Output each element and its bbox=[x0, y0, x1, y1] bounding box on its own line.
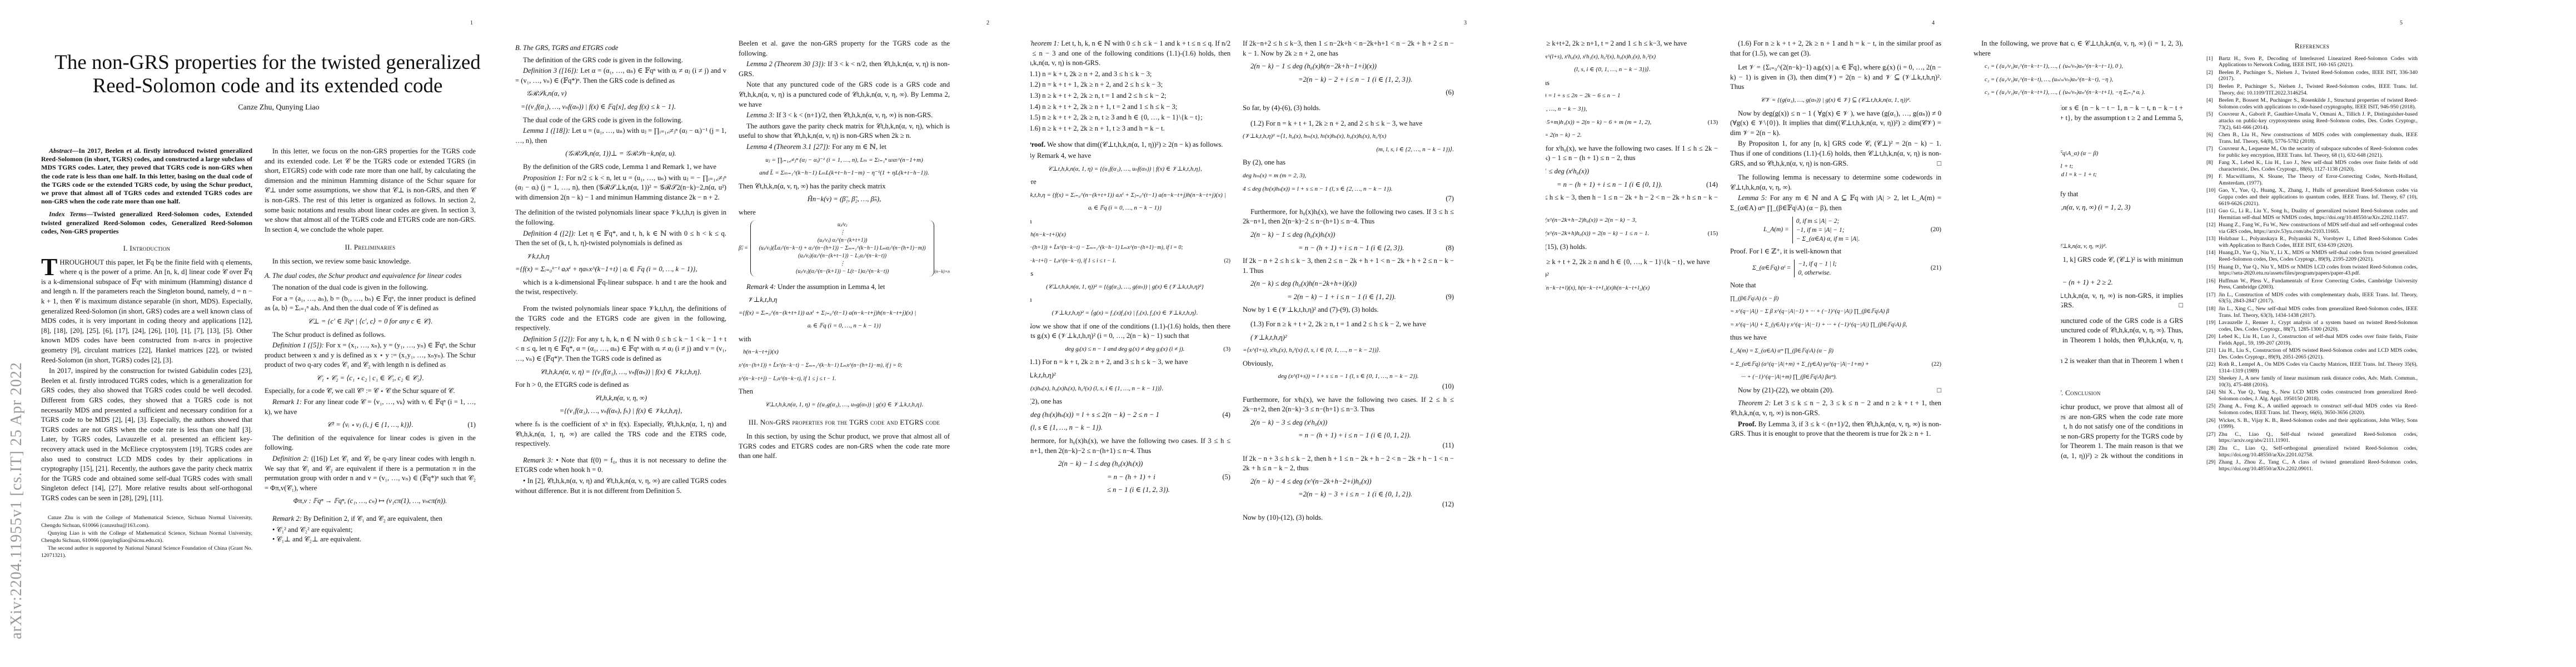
reference-item: [22]Roth R., Lempel A., On MDS Codes via… bbox=[2206, 361, 2418, 375]
paragraph: In this letter, we focus on the non-GRS … bbox=[265, 147, 476, 235]
drop-cap: T bbox=[41, 258, 59, 277]
page-1: 1 arXiv:2204.11955v1 [cs.IT] 25 Apr 2022… bbox=[0, 0, 515, 667]
condition: (1.6) n ≥ k + t + 2, 2k ≥ n + 1, t ≥ 3 a… bbox=[1030, 124, 1230, 134]
qed-symbol: □ bbox=[1929, 159, 1941, 169]
section-heading: III. Non-GRS properties for the TGRS cod… bbox=[739, 417, 950, 427]
equation-21: Σ_(α∈𝔽q) αˡ = −1, if q − 1 | l; 0, other… bbox=[1752, 260, 1941, 277]
subsection-heading: A. The dual codes, the Schur product and… bbox=[265, 271, 476, 281]
paper-strip: 1 arXiv:2204.11955v1 [cs.IT] 25 Apr 2022… bbox=[0, 0, 2576, 667]
section-heading: I. Introduction bbox=[41, 243, 252, 253]
reference-item: [13]Holzbaur L., Polyanskaya R., Polyans… bbox=[2206, 236, 2418, 249]
references-heading: References bbox=[2206, 41, 2418, 51]
reference-item: [6]Chen B., Liu H., New constructions of… bbox=[2206, 132, 2418, 145]
column-left: B. The GRS, TGRS and ETGRS code The defi… bbox=[515, 39, 726, 497]
column-right: If 2k−n+2 ≤ h ≤ k−3, then 1 ≤ n−2k+h < n… bbox=[1243, 39, 1454, 524]
equation: (𝒢ℛ𝒮k,n(α, 1))⊥ = 𝒢ℛ𝒮n−k,n(α, u). bbox=[515, 149, 726, 159]
reference-item: [11]Guo G., Li R., Liu Y., Song h., Dual… bbox=[2206, 208, 2418, 221]
reference-item: [26]Wicker, S. B., Vijay K. B., Reed-Sol… bbox=[2206, 417, 2418, 431]
reference-item: [29]Zhang J., Zhou Z., Tang C., A class … bbox=[2206, 459, 2418, 472]
paragraph: In this section, we review some basic kn… bbox=[265, 257, 476, 267]
condition: (1.1) n = k + t, 2k ≥ n + 2, and 3 ≤ h ≤… bbox=[1030, 69, 1230, 79]
page-number: 1 bbox=[470, 20, 473, 26]
reference-item: [24]Shi X., Yue Q., Yang S., New LCD MDS… bbox=[2206, 389, 2418, 402]
reference-item: [1]Bartz H., Sven P., Decoding of Interl… bbox=[2206, 56, 2418, 69]
reference-item: [28]Zhu C., Liao Q., Self-orthogonal gen… bbox=[2206, 445, 2418, 459]
paper-authors: Canze Zhu, Qunying Liao bbox=[42, 103, 515, 112]
column-left: Abstract—In 2017, Beelen et al. firstly … bbox=[41, 147, 252, 560]
arxiv-stamp: arXiv:2204.11955v1 [cs.IT] 25 Apr 2022 bbox=[8, 362, 26, 639]
page-number: 5 bbox=[2400, 20, 2403, 26]
reference-item: [3]Beelen P., Puchinger S., Nielsen J., … bbox=[2206, 83, 2418, 97]
condition: (1.5) n ≥ k + t + 2, 2k ≥ n, t ≥ 3 and h… bbox=[1030, 113, 1230, 123]
reference-item: [2]Beelen P., Puchinger S., Nielsen J., … bbox=[2206, 69, 2418, 83]
reference-item: [18]Jin L., Xing C., New self-dual MDS c… bbox=[2206, 306, 2418, 319]
reference-item: [20]Lebed K., Liu H., Luo J., Constructi… bbox=[2206, 333, 2418, 347]
bullet-item: • 𝒞₁² and 𝒞₂² are equivalent; bbox=[265, 525, 476, 535]
cases-equation: = 1, if s = n − k − t and l = k − 1 + t;… bbox=[2061, 162, 2183, 187]
paper-title: The non-GRS properties for the twisted g… bbox=[0, 51, 515, 98]
reference-item: [9]F. Macwilliams, N. Sloane, The Theory… bbox=[2206, 173, 2418, 187]
subsection-heading: B. The GRS, TGRS and ETGRS code bbox=[515, 43, 726, 53]
reference-item: [17]Jin L., Construction of MDS codes wi… bbox=[2206, 292, 2418, 305]
reference-item: [5]Couvreur A., Gaborit P., Gauthier-Uma… bbox=[2206, 111, 2418, 131]
column-right: In the following, we prove that cᵢ ∈ 𝒞⊥t… bbox=[1974, 39, 2061, 101]
reference-item: [19]Lavauzelle J., Renner J., Crypt anal… bbox=[2206, 320, 2418, 333]
parity-matrix: β̃ⱼ = uⱼ/vⱼ ⋮ (uⱼ/vⱼ) αⱼ^(n−(k+t+1)) (uⱼ… bbox=[739, 220, 950, 277]
paragraph: THROUGHOUT this paper, let 𝔽q be the fin… bbox=[41, 258, 252, 366]
paragraph: In 2017, inspired by the construction fo… bbox=[41, 366, 252, 503]
reference-item: [8]Fang X., Lebed K., Liu H., Luo J., Ne… bbox=[2206, 160, 2418, 173]
column-left: Theorem 1: Let t, h, k, n ∈ ℕ with 0 ≤ h… bbox=[1030, 39, 1230, 524]
section-heading: II. Preliminaries bbox=[265, 242, 476, 252]
reference-item: [27]Zhu C., Liao Q., Self-dual twisted g… bbox=[2206, 431, 2418, 445]
equation: 𝒞² = ⟨vᵢ ⋆ vⱼ (i, j ∈ {1, …, k})⟩.(1) bbox=[265, 420, 476, 430]
page-4: 4 (1.4) For n ≥ k+t+2, 2k ≥ n+1, t = 2 a… bbox=[1546, 0, 2061, 667]
column-middle: (1.6) For n ≥ k + t + 2, 2k ≥ n + 1 and … bbox=[1730, 39, 1941, 440]
equation: 𝒞t,h,k,n(α, v, η) = {(v₁f(α₁), …, vₙf(αₙ… bbox=[515, 367, 726, 377]
condition: (1.4) n ≥ k + t + 2, 2k ≥ n + 1, t = 2 a… bbox=[1030, 102, 1230, 112]
reference-item: [21]Liu H., Liu S., Construction of MDS … bbox=[2206, 347, 2418, 361]
page-number: 2 bbox=[986, 20, 989, 26]
conclusion: In this letter, by using the Schur produ… bbox=[2061, 402, 2183, 471]
page-3: 3 Theorem 1: Let t, h, k, n ∈ ℕ with 0 ≤… bbox=[1030, 0, 1546, 667]
column-right: In this letter, we focus on the non-GRS … bbox=[265, 147, 476, 560]
footnotes: Canze Zhu is with the College of Mathema… bbox=[41, 514, 252, 560]
equation-number: (1) bbox=[467, 420, 476, 430]
equation: Φπ,v : 𝔽qⁿ → 𝔽qⁿ, (c₁, …, cₙ) ↦ (v₁cπ(1)… bbox=[265, 496, 476, 506]
page-number: 4 bbox=[1932, 20, 1935, 26]
equation-20: L_A(m) = 0, if m ≤ |A| − 2; −1, if m = |… bbox=[1763, 217, 1941, 243]
references-list: [1]Bartz H., Sven P., Decoding of Interl… bbox=[2206, 56, 2418, 472]
reference-item: [4]Beelen P., Bossert M., Puchinger S., … bbox=[2206, 97, 2418, 111]
column-right: Beelen et al. gave the non-GRS property … bbox=[739, 39, 950, 497]
reference-item: [23]Sheekey J., A new family of linear m… bbox=[2206, 375, 2418, 389]
column-left: In the following, we prove that cᵢ ∈ 𝒞⊥t… bbox=[2061, 39, 2183, 473]
section-heading: IV. Conclusion bbox=[2061, 388, 2183, 398]
index-terms: Index Terms—Twisted generalized Reed-Sol… bbox=[41, 210, 252, 236]
qed-symbol: □ bbox=[1929, 386, 1941, 396]
condition: (1.2) n = k + t + 1, 2k ≥ n + 2, and 2 ≤… bbox=[1030, 80, 1230, 90]
abstract: Abstract—In 2017, Beelen et al. firstly … bbox=[41, 147, 252, 236]
page-2: 2 B. The GRS, TGRS and ETGRS code The de… bbox=[515, 0, 1030, 667]
condition: (1.3) n ≥ k + t + 2, 2k ≥ n, t = 1 and 2… bbox=[1030, 91, 1230, 101]
reference-item: [10]Gao, Y., Yue, Q., Huang, X., Zhang, … bbox=[2206, 187, 2418, 207]
reference-item: [7]Couvreur A., Lequesne M., On the secu… bbox=[2206, 146, 2418, 159]
column-right: References [1]Bartz H., Sven P., Decodin… bbox=[2206, 39, 2418, 473]
equation: 𝒞₁ ⋆ 𝒞₂ = ⟨c₁ ⋆ c₂ | c₁ ∈ 𝒞₁, c₂ ∈ 𝒞₂⟩. bbox=[265, 374, 476, 384]
reference-item: [25]Zhang A., Feng K., A unified approac… bbox=[2206, 403, 2418, 416]
page-5: 5 In the following, we prove that cᵢ ∈ 𝒞… bbox=[2061, 0, 2576, 667]
qed-symbol: □ bbox=[2179, 301, 2183, 311]
equation: 𝒞⊥ = {c′ ∈ 𝔽qⁿ | ⟨c′, c⟩ = 0 for any c ∈… bbox=[265, 317, 476, 327]
page-number: 3 bbox=[1464, 20, 1467, 26]
column-left: (1.4) For n ≥ k+t+2, 2k ≥ n+1, t = 2 and… bbox=[1546, 39, 1718, 440]
reference-item: [15]Huang D., Yue Q., Niu Y., MDS or NMD… bbox=[2206, 264, 2418, 277]
bullet-item: • 𝒞₁⊥ and 𝒞₂⊥ are equivalent. bbox=[265, 535, 476, 545]
reference-item: [12]Huang Z., Fang W., Fu W., New constr… bbox=[2206, 222, 2418, 235]
reference-item: [16]Huffman W., Pless V., Fundamentals o… bbox=[2206, 278, 2418, 291]
reference-item: [14]Huang,D., Yue Q., Niu Y., Li X., MDS… bbox=[2206, 250, 2418, 263]
